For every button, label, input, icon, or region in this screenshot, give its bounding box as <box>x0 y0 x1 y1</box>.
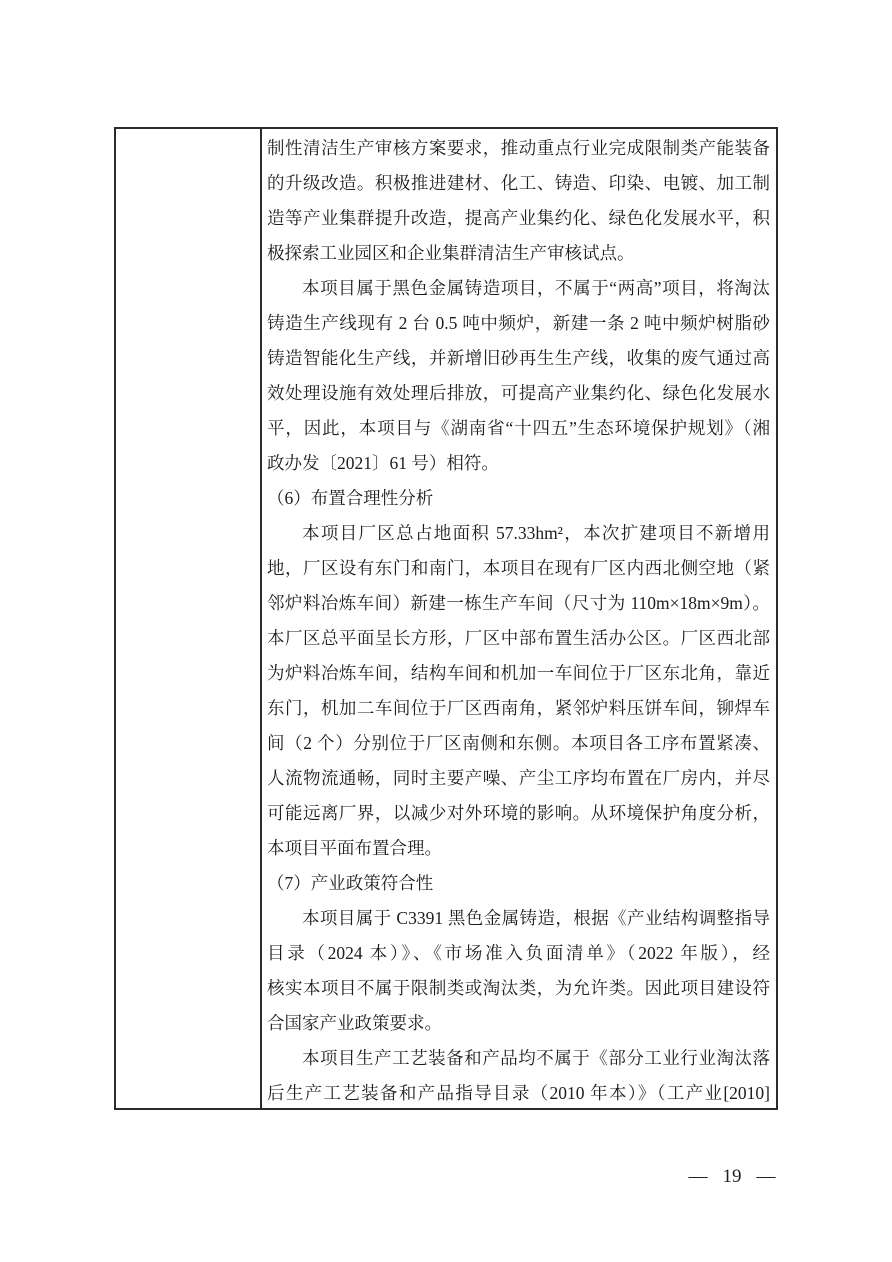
text-line: 为炉料冶炼车间，结构车间和机加一车间位于厂区东北角，靠近 <box>267 656 770 691</box>
text-line: 本厂区总平面呈长方形，厂区中部布置生活办公区。厂区西北部 <box>267 621 770 656</box>
text-line: 后生产工艺装备和产品指导目录（2010 年本）》（工产业[2010] <box>267 1076 770 1108</box>
text-line: 制性清洁生产审核方案要求，推动重点行业完成限制类产能装备 <box>267 131 770 166</box>
page-number-left-dash: — <box>689 1166 708 1188</box>
text-line: 政办发〔2021〕61 号）相符。 <box>267 446 770 481</box>
text-line: 可能远离厂界，以减少对外环境的影响。从环境保护角度分析， <box>267 796 770 831</box>
text-line: 合国家产业政策要求。 <box>267 1006 770 1041</box>
text-line: 地，厂区设有东门和南门，本项目在现有厂区内西北侧空地（紧 <box>267 551 770 586</box>
text-line: 极探索工业园区和企业集群清洁生产审核试点。 <box>267 236 770 271</box>
section-heading-7: （7）产业政策符合性 <box>267 866 770 901</box>
document-page: 制性清洁生产审核方案要求，推动重点行业完成限制类产能装备 的升级改造。积极推进建… <box>0 0 892 1262</box>
page-number: — 19 — <box>660 1163 804 1191</box>
text-line: 本项目平面布置合理。 <box>267 831 770 866</box>
text-line: 东门，机加二车间位于厂区西南角，紧邻炉料压饼车间，铆焊车 <box>267 691 770 726</box>
text-line: 的升级改造。积极推进建材、化工、铸造、印染、电镀、加工制 <box>267 166 770 201</box>
text-line: 本项目属于 C3391 黑色金属铸造，根据《产业结构调整指导 <box>267 901 770 936</box>
text-line: 目录（2024 本）》、《市场准入负面清单》（2022 年版），经 <box>267 936 770 971</box>
page-number-right-dash: — <box>757 1166 776 1188</box>
text-line: 铸造生产线现有 2 台 0.5 吨中频炉，新建一条 2 吨中频炉树脂砂 <box>267 306 770 341</box>
text-line: 效处理设施有效处理后排放，可提高产业集约化、绿色化发展水 <box>267 376 770 411</box>
table-text-cell: 制性清洁生产审核方案要求，推动重点行业完成限制类产能装备 的升级改造。积极推进建… <box>262 129 776 1108</box>
content-table: 制性清洁生产审核方案要求，推动重点行业完成限制类产能装备 的升级改造。积极推进建… <box>114 127 778 1110</box>
text-line: 人流物流通畅，同时主要产噪、产尘工序均布置在厂房内，并尽 <box>267 761 770 796</box>
text-line: 间（2 个）分别位于厂区南侧和东侧。本项目各工序布置紧凑、 <box>267 726 770 761</box>
text-line: 本项目属于黑色金属铸造项目，不属于“两高”项目，将淘汰 <box>267 271 770 306</box>
text-line: 本项目生产工艺装备和产品均不属于《部分工业行业淘汰落 <box>267 1041 770 1076</box>
text-line: 平，因此，本项目与《湖南省“十四五”生态环境保护规划》（湘 <box>267 411 770 446</box>
table-left-cell <box>116 129 262 1108</box>
text-line: 核实本项目不属于限制类或淘汰类，为允许类。因此项目建设符 <box>267 971 770 1006</box>
text-line: 本项目厂区总占地面积 57.33hm²，本次扩建项目不新增用 <box>267 516 770 551</box>
text-line: 铸造智能化生产线，并新增旧砂再生生产线，收集的废气通过高 <box>267 341 770 376</box>
section-heading-6: （6）布置合理性分析 <box>267 481 770 516</box>
page-number-value: 19 <box>723 1166 742 1188</box>
text-line: 邻炉料冶炼车间）新建一栋生产车间（尺寸为 110m×18m×9m）。 <box>267 586 770 621</box>
text-line: 造等产业集群提升改造，提高产业集约化、绿色化发展水平，积 <box>267 201 770 236</box>
